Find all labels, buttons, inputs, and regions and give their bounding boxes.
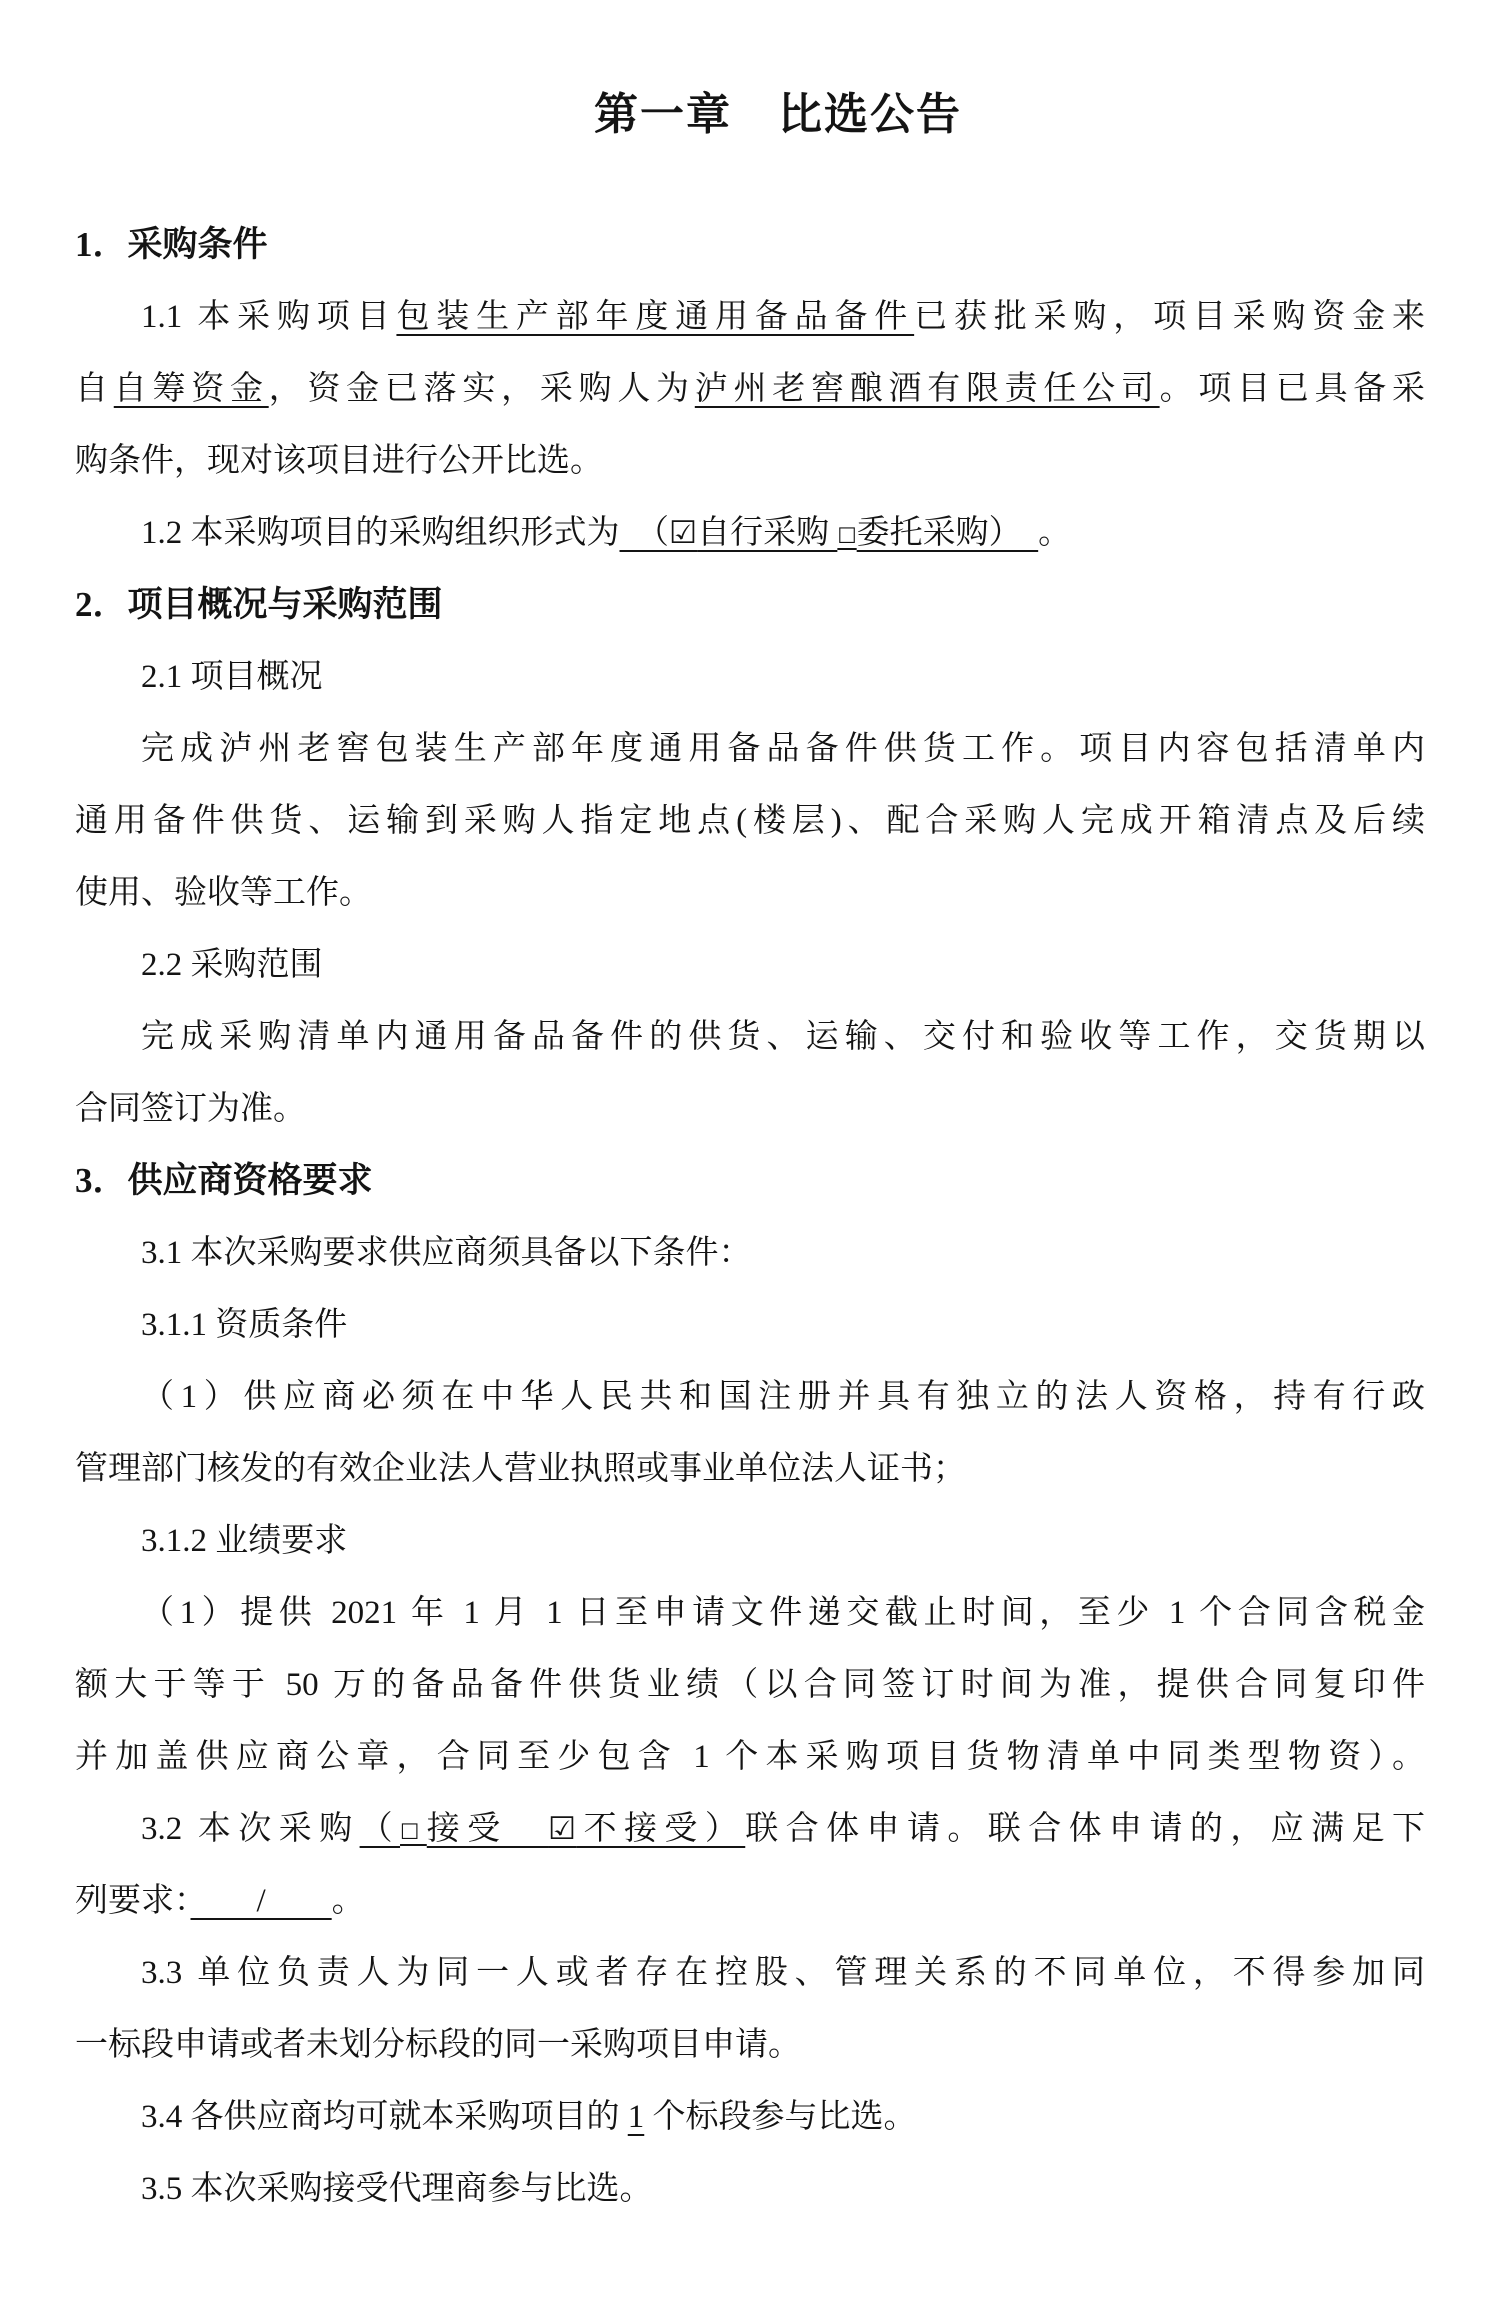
underlined-text: 接受 [427, 1811, 548, 1847]
text-segment: 使用、验收等工作。 [75, 875, 372, 911]
text-segment: 。 [332, 1883, 365, 1919]
text-segment: 个标段参与比选。 [644, 2099, 916, 2135]
text-segment: 1．采购条件 [75, 225, 268, 264]
text-segment: 3.1.1 资质条件 [141, 1307, 347, 1343]
para-3-1-2-item: 额大于等于 50 万的备品备件供货业绩（以合同签订时间为准，提供合同复印件 [75, 1649, 1425, 1721]
text-segment: 3.5 本次采购接受代理商参与比选。 [141, 2171, 653, 2207]
underlined-text: 自行采购 [697, 515, 837, 551]
text-segment: 。 [1038, 515, 1071, 551]
section-1-heading: 1．采购条件 [75, 209, 1425, 281]
underlined-text: （ [620, 515, 670, 551]
para-3-4: 3.4 各供应商均可就本采购项目的 1 个标段参与比选。 [75, 2081, 1425, 2153]
underlined-text: 不接受） [576, 1811, 745, 1847]
para-2-1-title: 2.1 项目概况 [75, 641, 1425, 713]
underlined-text: 泸州老窖酿酒有限责任公司 [695, 371, 1160, 407]
para-1-1: 自自筹资金，资金已落实，采购人为泸州老窖酿酒有限责任公司。项目已具备采 [75, 353, 1425, 425]
checkbox-unchecked-icon: □ [837, 522, 856, 546]
text-segment: 已获批采购，项目采购资金来 [914, 299, 1425, 335]
text-segment: 联合体申请。联合体申请的，应满足下 [745, 1811, 1425, 1847]
text-segment: 合同签订为准。 [75, 1091, 306, 1127]
text-segment: ，资金已落实，采购人为 [269, 371, 695, 407]
text-segment: （1）提供 2021 年 1 月 1 日至申请文件递交截止时间，至少 1 个合同… [141, 1595, 1425, 1631]
para-3-2: 列要求： / 。 [75, 1865, 1425, 1937]
checkbox-checked-icon: ☑ [548, 1811, 576, 1847]
text-segment: 并加盖供应商公章，合同至少包含 1 个本采购项目货物清单中同类型物资）。 [75, 1739, 1425, 1775]
para-3-2: 3.2 本次采购（□接受 ☑不接受）联合体申请。联合体申请的，应满足下 [75, 1793, 1425, 1865]
para-2-1-body: 使用、验收等工作。 [75, 857, 1425, 929]
para-1-1: 购条件，现对该项目进行公开比选。 [75, 425, 1425, 497]
text-segment: 3．供应商资格要求 [75, 1161, 373, 1200]
underlined-text: 包装生产部年度通用备品备件 [396, 299, 914, 335]
text-segment: 1.1 本采购项目 [141, 299, 396, 335]
para-2-1-body: 通用备件供货、运输到采购人指定地点(楼层)、配合采购人完成开箱清点及后续 [75, 785, 1425, 857]
text-segment: 完成采购清单内通用备品备件的供货、运输、交付和验收等工作，交货期以 [141, 1019, 1425, 1055]
para-2-2-title: 2.2 采购范围 [75, 929, 1425, 1001]
text-segment: 3.1.2 业绩要求 [141, 1523, 347, 1559]
para-3-3: 一标段申请或者未划分标段的同一采购项目申请。 [75, 2009, 1425, 2081]
text-segment: 3.2 本次采购 [141, 1811, 360, 1847]
para-3-1-1-item: （1）供应商必须在中华人民共和国注册并具有独立的法人资格，持有行政 [75, 1361, 1425, 1433]
document-page: 第一章 比选公告 1．采购条件1.1 本采购项目包装生产部年度通用备品备件已获批… [0, 0, 1500, 2311]
para-3-3: 3.3 单位负责人为同一人或者存在控股、管理关系的不同单位，不得参加同 [75, 1937, 1425, 2009]
text-segment: 通用备件供货、运输到采购人指定地点(楼层)、配合采购人完成开箱清点及后续 [75, 803, 1425, 839]
text-segment: 3.1 本次采购要求供应商须具备以下条件： [141, 1235, 752, 1271]
document-content: 1．采购条件1.1 本采购项目包装生产部年度通用备品备件已获批采购，项目采购资金… [75, 209, 1425, 2225]
checkbox-checked-icon: ☑ [669, 515, 697, 551]
para-2-1-body: 完成泸州老窖包装生产部年度通用备品备件供货工作。项目内容包括清单内 [75, 713, 1425, 785]
para-2-2-body: 合同签订为准。 [75, 1073, 1425, 1145]
para-3-1-2-item: 并加盖供应商公章，合同至少包含 1 个本采购项目货物清单中同类型物资）。 [75, 1721, 1425, 1793]
text-segment: 3.4 各供应商均可就本采购项目的 [141, 2099, 628, 2135]
para-3-1-2-item: （1）提供 2021 年 1 月 1 日至申请文件递交截止时间，至少 1 个合同… [75, 1577, 1425, 1649]
para-3-1-2-title: 3.1.2 业绩要求 [75, 1505, 1425, 1577]
para-1-2: 1.2 本采购项目的采购组织形式为 （☑自行采购 □委托采购） 。 [75, 497, 1425, 569]
text-segment: 2.1 项目概况 [141, 659, 323, 695]
section-3-heading: 3．供应商资格要求 [75, 1145, 1425, 1217]
para-3-1-1-item: 管理部门核发的有效企业法人营业执照或事业单位法人证书； [75, 1433, 1425, 1505]
underlined-text: / [191, 1883, 332, 1919]
text-segment: 自 [75, 371, 114, 407]
text-segment: 一标段申请或者未划分标段的同一采购项目申请。 [75, 2027, 801, 2063]
para-1-1: 1.1 本采购项目包装生产部年度通用备品备件已获批采购，项目采购资金来 [75, 281, 1425, 353]
text-segment: （1）供应商必须在中华人民共和国注册并具有独立的法人资格，持有行政 [141, 1379, 1425, 1415]
text-segment: 1.2 本采购项目的采购组织形式为 [141, 515, 620, 551]
para-2-2-body: 完成采购清单内通用备品备件的供货、运输、交付和验收等工作，交货期以 [75, 1001, 1425, 1073]
para-3-5: 3.5 本次采购接受代理商参与比选。 [75, 2153, 1425, 2225]
para-3-1: 3.1 本次采购要求供应商须具备以下条件： [75, 1217, 1425, 1289]
text-segment: 管理部门核发的有效企业法人营业执照或事业单位法人证书； [75, 1451, 966, 1487]
text-segment: 额大于等于 50 万的备品备件供货业绩（以合同签订时间为准，提供合同复印件 [75, 1667, 1425, 1703]
underlined-text: 1 [628, 2099, 645, 2135]
text-segment: 完成泸州老窖包装生产部年度通用备品备件供货工作。项目内容包括清单内 [141, 731, 1425, 767]
chapter-title: 第一章 比选公告 [0, 78, 1500, 142]
underlined-text: （ [360, 1811, 400, 1847]
underlined-text: 自筹资金 [114, 371, 269, 407]
text-segment: 购条件，现对该项目进行公开比选。 [75, 443, 603, 479]
text-segment: 2．项目概况与采购范围 [75, 585, 443, 624]
text-segment: 列要求： [75, 1883, 191, 1919]
checkbox-unchecked-icon: □ [400, 1818, 427, 1842]
text-segment: 2.2 采购范围 [141, 947, 323, 983]
text-segment: 3.3 单位负责人为同一人或者存在控股、管理关系的不同单位，不得参加同 [141, 1955, 1425, 1991]
text-segment: 。项目已具备采 [1160, 371, 1425, 407]
underlined-text: 委托采购） [857, 515, 1039, 551]
section-2-heading: 2．项目概况与采购范围 [75, 569, 1425, 641]
para-3-1-1-title: 3.1.1 资质条件 [75, 1289, 1425, 1361]
